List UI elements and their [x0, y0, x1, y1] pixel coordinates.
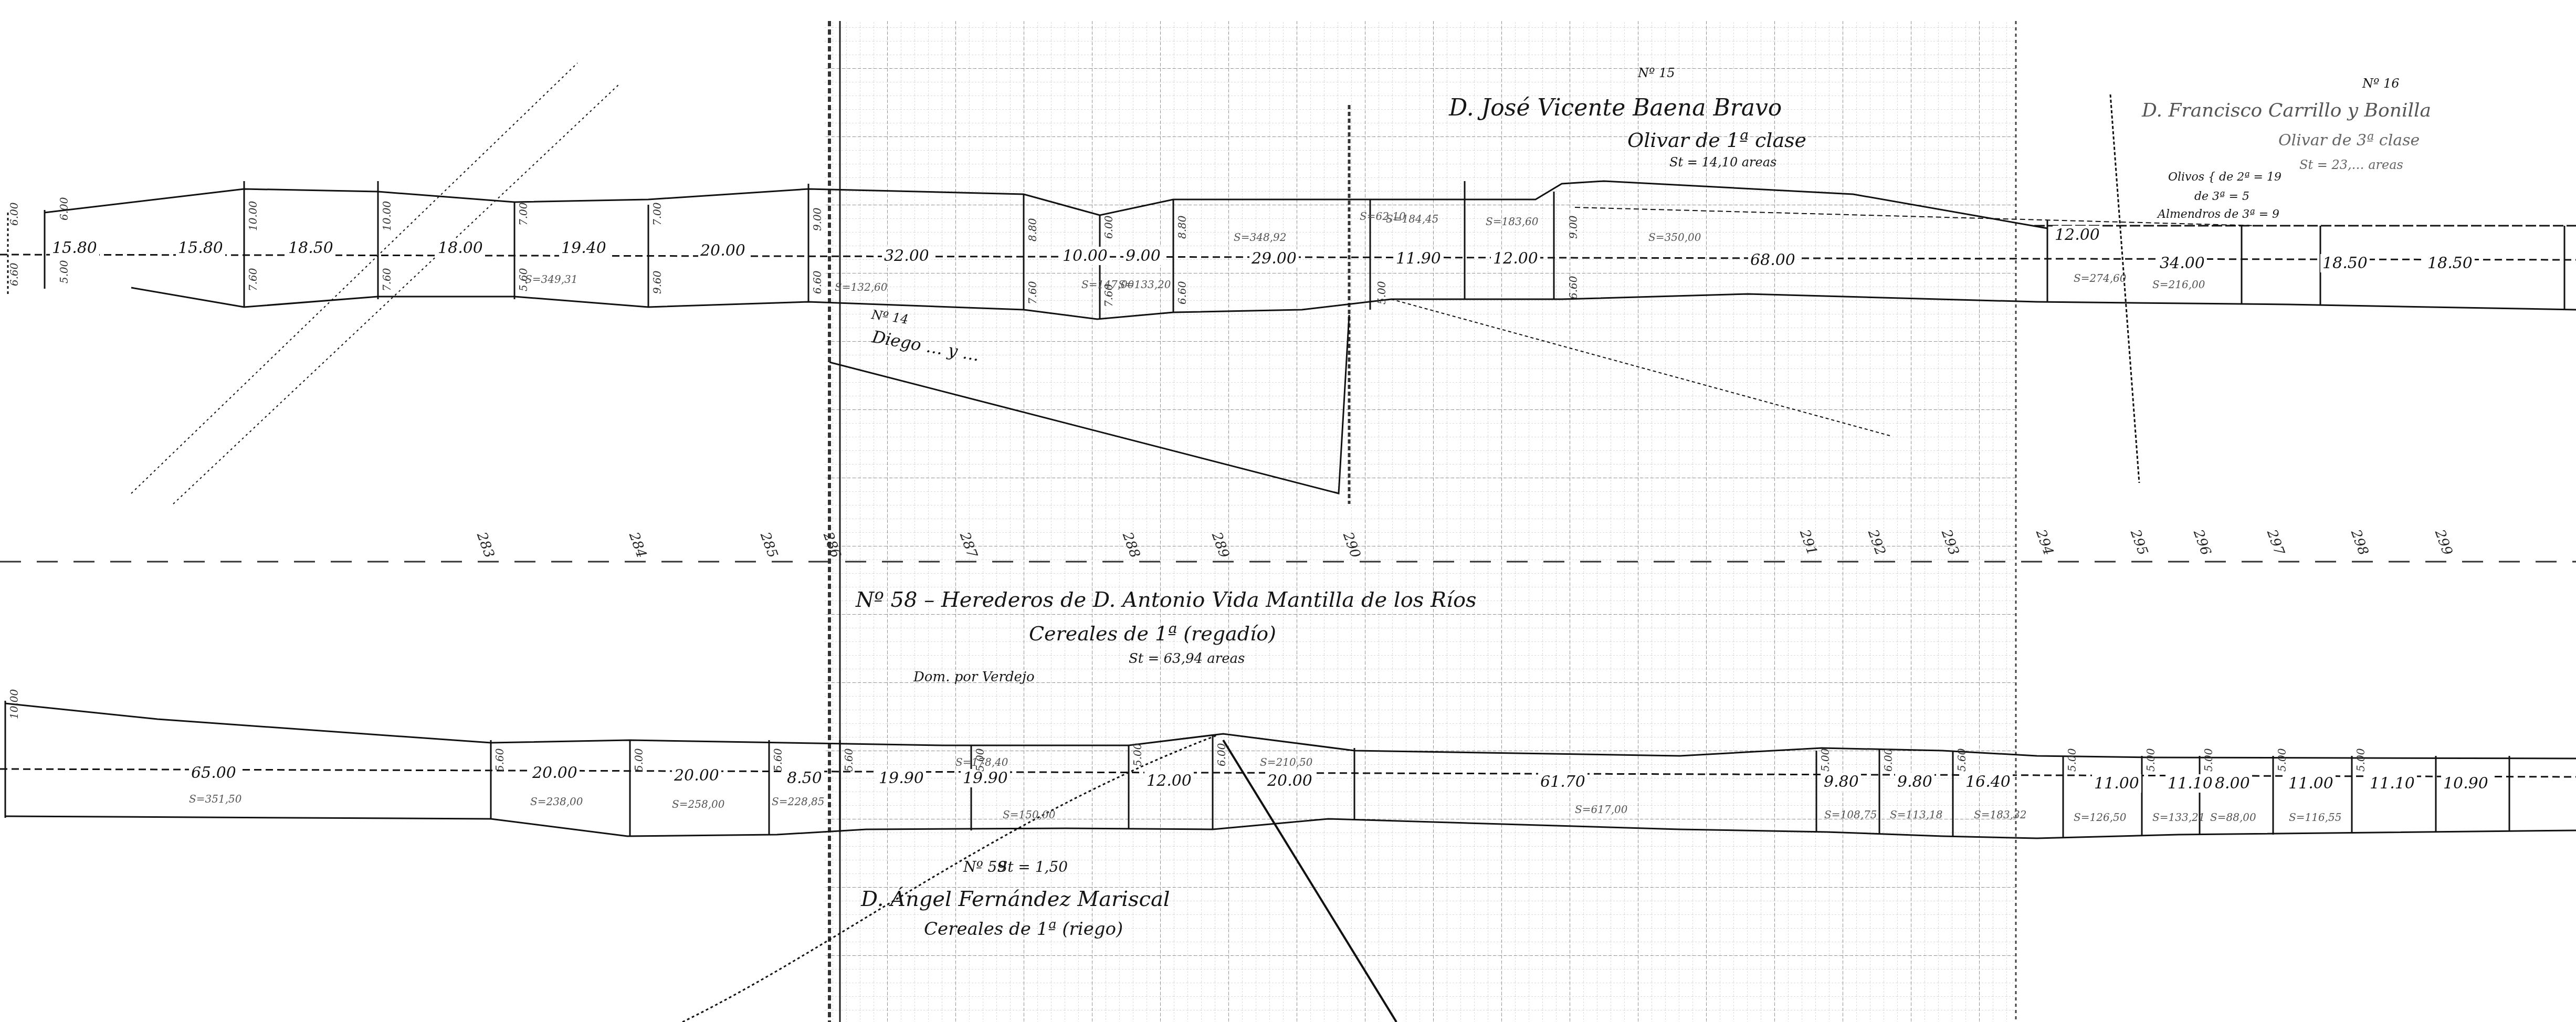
area-note: S=351,50	[189, 793, 241, 805]
width: 5.00	[2202, 748, 2215, 772]
area-note: S=132,60	[835, 281, 887, 293]
width-bottom: 7.60	[381, 268, 393, 291]
width-bottom: 6.60	[1176, 281, 1189, 304]
width-bottom: 9.60	[651, 270, 664, 294]
chain-distance: 20.00	[530, 764, 580, 782]
chain-distance: 19.40	[559, 239, 608, 257]
chain-distance: 18.50	[2425, 254, 2475, 272]
width-top: 8.80	[1026, 218, 1039, 241]
parcel-16-number: Nº 16	[2362, 76, 2399, 91]
parcel-16-use: Olivar de 3ª clase	[2278, 131, 2420, 150]
chain-distance: 19.90	[961, 769, 1010, 787]
width-top: 10.00	[381, 201, 393, 231]
width-bottom: 5.00	[58, 260, 70, 283]
chain-distance: 12.00	[1144, 772, 1194, 790]
width: 5.00	[2276, 748, 2288, 772]
parcel-58-note: Dom. por Verdejo	[913, 669, 1035, 685]
parcel-16-note-1: Olivos { de 2ª = 19	[2168, 171, 2281, 184]
chain-distance: 20.00	[672, 766, 721, 785]
chain-distance: 11.90	[1394, 249, 1443, 268]
width: 5.00	[2066, 748, 2078, 772]
width: 5.60	[1955, 748, 1968, 772]
area-note: S=348,92	[1234, 231, 1286, 244]
parcel-58-number: Nº 58	[856, 588, 917, 612]
chain-distance: 19.90	[877, 769, 926, 787]
parcel-59-use: Cereales de 1ª (riego)	[924, 919, 1123, 940]
area-note: S=617,00	[1575, 803, 1627, 816]
width-bottom: 6.60	[8, 262, 20, 286]
area-note: S=126,50	[2074, 811, 2126, 824]
chain-distance: 12.00	[2053, 226, 2102, 244]
chain-distance: 68.00	[1748, 251, 1797, 269]
area-note: S=116,55	[2289, 811, 2341, 824]
width-top: 6.00	[58, 197, 70, 220]
width-top: 9.00	[1567, 215, 1580, 239]
width-top: 7.00	[517, 202, 530, 226]
width: 6.00	[1882, 748, 1895, 772]
parcel-15-area: St = 14,10 areas	[1669, 155, 1776, 170]
width-top: 6.00	[8, 202, 20, 226]
width: 5.00	[633, 748, 645, 772]
width-bottom: 5.00	[1375, 281, 1388, 304]
parcel-16-note-2: de 3ª = 5	[2194, 190, 2249, 203]
chain-distance: 34.00	[2158, 254, 2207, 272]
width: 10.00	[8, 689, 20, 719]
parcel-16-area: St = 23,… areas	[2299, 157, 2403, 172]
area-note: S=210,50	[1260, 756, 1312, 768]
chain-distance: 11.10	[2368, 774, 2417, 793]
chain-distance: 32.00	[882, 247, 931, 265]
area-note: S=133,21	[2152, 811, 2205, 824]
width-bottom: 7.60	[247, 268, 259, 291]
chain-distance: 9.80	[1895, 773, 1934, 791]
area-note: S=258,00	[672, 798, 724, 810]
parcel-15-number: Nº 15	[1638, 66, 1675, 80]
area-note: S=216,00	[2152, 278, 2205, 291]
chain-distance: 9.00	[1123, 247, 1163, 265]
width: 5.00	[2354, 748, 2367, 772]
chain-distance: 10.00	[1060, 247, 1110, 265]
chain-distance: 18.50	[2320, 254, 2370, 272]
area-note: S=274,60	[2074, 272, 2126, 285]
parcel-58-number-owner: Nº 58 – Herederos de D. Antonio Vida Man…	[856, 588, 1477, 612]
survey-plan-drawing	[0, 0, 2576, 1022]
width: 5.00	[2144, 748, 2157, 772]
area-note: S=228,85	[772, 795, 824, 808]
area-note: S=238,00	[530, 795, 583, 808]
chain-distance: 8.50	[785, 769, 824, 787]
chain-distance: 18.50	[286, 239, 335, 257]
area-note: S=349,31	[525, 273, 577, 286]
width: 5.60	[493, 748, 506, 772]
chain-distance: 61.70	[1538, 773, 1587, 791]
area-note: S=184,45	[1386, 213, 1438, 225]
parcel-58-use: Cereales de 1ª (regadío)	[1029, 622, 1276, 645]
area-note: S=178,40	[955, 756, 1008, 768]
area-note: S=183,60	[1486, 215, 1538, 228]
chain-distance: 20.00	[1265, 772, 1315, 790]
parcel-16-owner: D. Francisco Carrillo y Bonilla	[2142, 100, 2431, 121]
parcel-58-area: St = 63,94 areas	[1129, 651, 1245, 667]
parcel-16-note-3: Almendros de 3ª = 9	[2158, 208, 2279, 221]
chain-distance: 20.00	[698, 241, 748, 260]
chain-distance: 12.00	[1491, 249, 1540, 268]
chain-distance: 29.00	[1249, 249, 1299, 268]
chain-distance: 10.90	[2441, 774, 2490, 793]
width: 5.00	[1819, 748, 1832, 772]
chain-distance: 11.00	[2286, 774, 2336, 793]
chain-distance: 15.80	[50, 239, 99, 257]
area-note: S=350,00	[1648, 231, 1701, 244]
chain-distance: 65.00	[189, 764, 238, 782]
parcel-15-owner: D. José Vicente Baena Bravo	[1449, 94, 1782, 121]
chain-distance: 8.00	[2213, 774, 2252, 793]
width-bottom: 6.60	[1567, 276, 1580, 299]
width-top: 8.80	[1176, 215, 1189, 239]
parcel-15-use: Olivar de 1ª clase	[1627, 129, 1806, 152]
width: 6.00	[1215, 743, 1228, 766]
width: 5.60	[772, 748, 784, 772]
area-note: S=113,18	[1890, 808, 1942, 821]
chain-distance: 16.40	[1963, 773, 2013, 791]
width-top: 9.00	[811, 207, 824, 231]
area-note: S=183,32	[1974, 808, 2026, 821]
parcel-59-area: St = 1,50	[997, 858, 1068, 876]
parcel-59-owner: D. Ángel Fernández Mariscal	[861, 887, 1170, 911]
width-top: 7.00	[651, 202, 664, 226]
width: 5.00	[1131, 743, 1144, 766]
chain-distance: 11.00	[2092, 774, 2141, 793]
area-note: S=108,75	[1824, 808, 1877, 821]
chain-distance: 9.80	[1822, 773, 1861, 791]
width-top: 10.00	[247, 201, 259, 231]
width: 5.60	[843, 748, 855, 772]
width-top: 6.00	[1102, 215, 1115, 239]
area-note: S=150,00	[1003, 808, 1055, 821]
chain-distance: 11.10	[2165, 774, 2215, 793]
area-note: S=133,20	[1118, 278, 1171, 291]
width-bottom: 7.60	[1026, 281, 1039, 304]
parcel-58-owner: Herederos de D. Antonio Vida Mantilla de…	[941, 588, 1477, 612]
chain-distance: 18.00	[436, 239, 485, 257]
chain-distance: 15.80	[176, 239, 225, 257]
width-bottom: 6.60	[811, 270, 824, 294]
area-note: S=88,00	[2210, 811, 2256, 824]
